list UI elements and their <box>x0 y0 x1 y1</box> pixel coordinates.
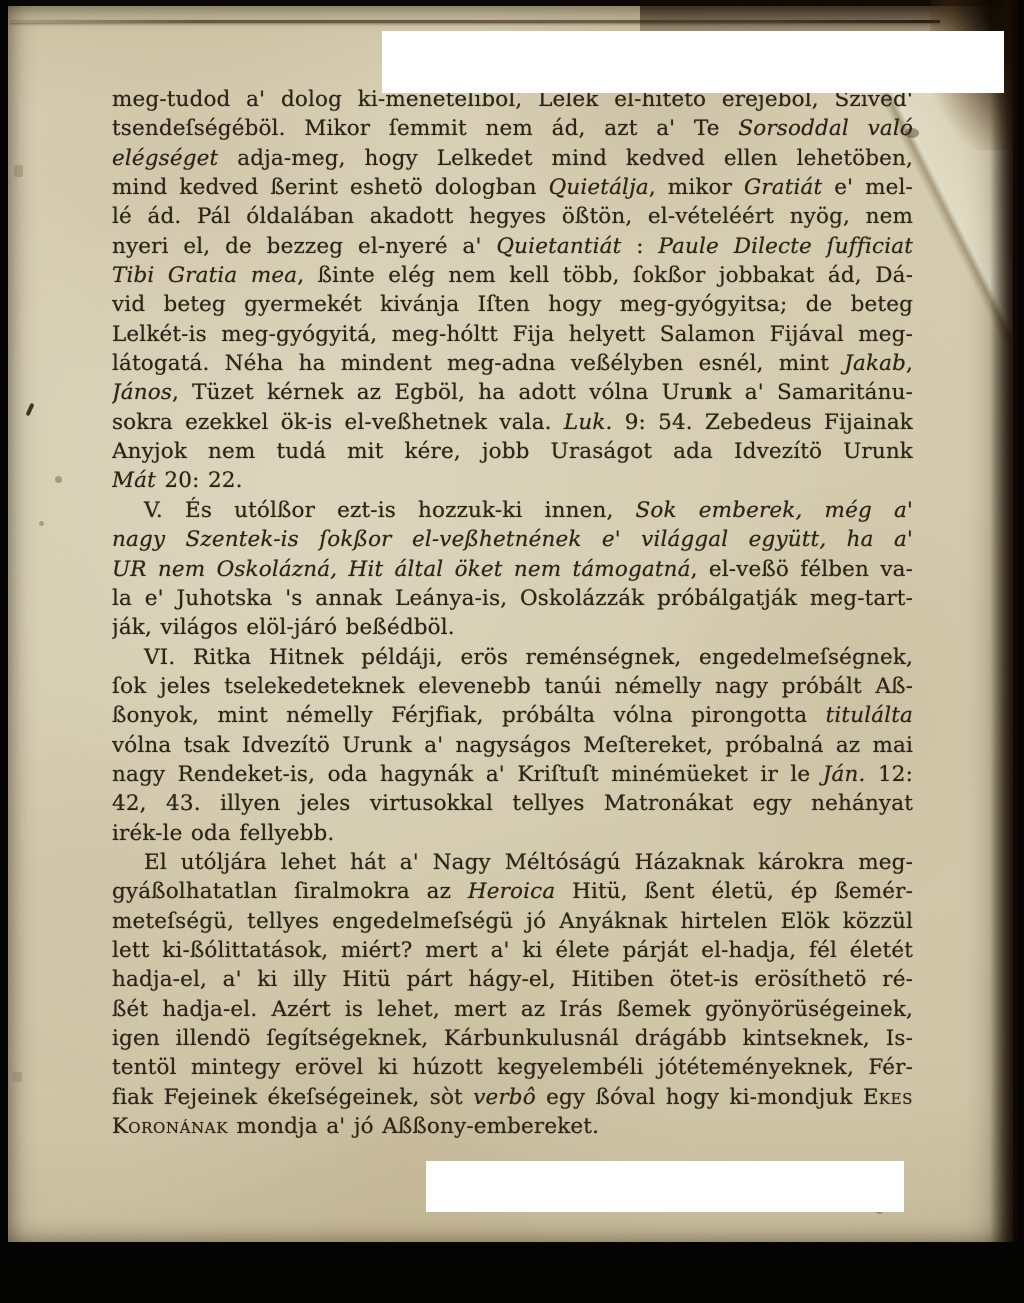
text-line: ßonyok, mint némelly Férjfiak, próbálta … <box>112 701 913 730</box>
text-segment: ßonyok, mint némelly Férjfiak, próbálta … <box>112 703 826 728</box>
text-line: Koronának mondja a' jó Aßßony-embereket. <box>112 1112 913 1141</box>
text-segment: nagy Szentek-is ſokßor el-veßhetnének e'… <box>112 527 913 554</box>
redaction-box-top <box>382 31 1004 93</box>
text-segment: gyáßolhatatlan ſiralmokra az <box>112 879 468 904</box>
text-line: irék-le oda fellyebb. <box>112 819 913 848</box>
text-line: látogatá. Néha ha mindent meg-adna veßél… <box>112 349 913 378</box>
text-segment: titulálta <box>826 703 913 728</box>
text-segment: V. És utólßor ezt-is hozzuk-ki innen, <box>144 498 636 523</box>
text-segment: János <box>112 380 172 405</box>
scanned-book-page: meg-tudod a' dolog ki-meneteliböl, Lélek… <box>0 0 1024 1303</box>
text-segment: , <box>906 351 913 376</box>
text-segment: igen illendö ſegítségeknek, Kárbunkulusn… <box>112 1026 913 1051</box>
redaction-box-bottom <box>426 1161 904 1212</box>
text-line: ßét hadja-el. Azért is lehet, mert az Ir… <box>112 995 913 1024</box>
text-segment: nyeri el, de bezzeg el-nyeré a' <box>112 234 496 259</box>
text-segment: , mikor <box>649 175 744 200</box>
text-line: lett ki-ßólittatások, miért? mert a' ki … <box>112 936 913 965</box>
text-line: la e' Juhotska 's annak Leánya-is, Oskol… <box>112 584 913 613</box>
text-segment: Anyjok nem tudá mit kére, jobb Uraságot … <box>112 439 913 464</box>
text-segment: Sorsoddal való <box>738 116 913 141</box>
text-segment: Heroica <box>468 879 555 904</box>
text-segment: K <box>112 1114 128 1139</box>
text-segment: kes <box>879 1085 913 1110</box>
text-segment: VI. Ritka Hitnek példáji, erös reménségn… <box>144 645 913 670</box>
text-segment: tentöl mintegy erövel ki húzott kegyelem… <box>112 1055 913 1080</box>
text-segment: mondja a' jó Aßßony-embereket. <box>228 1114 599 1139</box>
text-segment: la e' Juhotska 's annak Leánya-is, Oskol… <box>112 586 913 611</box>
text-segment: Quietantiát <box>496 234 621 259</box>
text-segment: nagy Rendeket-is, oda hagynák a' Kriſtuſ… <box>112 762 823 787</box>
text-segment: 42, 43. illyen jeles virtusokkal tellyes… <box>112 791 913 816</box>
text-line: VI. Ritka Hitnek példáji, erös reménségn… <box>112 643 913 672</box>
text-line: nyeri el, de bezzeg el-nyeré a' Quietant… <box>112 232 913 261</box>
text-line: vólna tsak Idvezítö Urunk a' nagyságos M… <box>112 731 913 760</box>
bottom-scan-border <box>0 1242 1024 1303</box>
text-line: ják, világos elöl-járó beßédböl. <box>112 613 913 642</box>
text-line: 42, 43. illyen jeles virtusokkal tellyes… <box>112 789 913 818</box>
text-line: ſok jeles tselekedeteknek elevenebb tanú… <box>112 672 913 701</box>
text-segment: hadja-el, a' ki illy Hitü párt hágy-el, … <box>112 967 913 992</box>
text-segment: Hitü, ßent életü, ép ßemér- <box>555 879 913 904</box>
text-segment: , Tüzet kérnek az Egböl, ha adott vólna … <box>172 380 913 405</box>
text-segment: oronának <box>128 1114 228 1139</box>
text-line: nagy Rendeket-is, oda hagynák a' Kriſtuſ… <box>112 760 913 789</box>
text-segment: 9: 54. Zebedeus Fijainak <box>612 410 913 435</box>
text-segment: Paule Dilecte ſufficiat <box>658 234 913 259</box>
text-segment: verbô <box>473 1085 536 1110</box>
text-line: V. És utólßor ezt-is hozzuk-ki innen, So… <box>112 496 913 525</box>
text-line: mind kedved ßerint eshetö dologban Quiet… <box>112 173 913 202</box>
text-segment: e' mel- <box>822 175 913 200</box>
text-segment: sokra ezekkel ök-is el-veßhetnek vala. <box>112 410 564 435</box>
right-page-edge-shadow <box>990 0 1024 1303</box>
text-line: sokra ezekkel ök-is el-veßhetnek vala. L… <box>112 408 913 437</box>
text-segment: elégséget <box>112 146 218 171</box>
text-line: igen illendö ſegítségeknek, Kárbunkulusn… <box>112 1024 913 1053</box>
text-segment: lé ád. Pál óldalában akadott hegyes ößtö… <box>112 204 913 229</box>
text-segment: Quietálja <box>549 175 649 200</box>
text-segment: , ßinte elég nem kell több, ſokßor jobba… <box>297 263 913 288</box>
text-segment: : <box>621 234 658 259</box>
text-line: El utóljára lehet hát a' Nagy Méltóságú … <box>112 848 913 877</box>
text-segment: mind kedved ßerint eshetö dologban <box>112 175 549 200</box>
text-line: Mát 20: 22. <box>112 466 913 495</box>
text-segment: Lelkét-is meg-gyógyitá, meg-hóltt Fija h… <box>112 322 913 347</box>
left-scan-border <box>0 0 8 1303</box>
text-line: elégséget adja-meg, hogy Lelkedet mind k… <box>112 144 913 173</box>
text-line: meteſségü, tellyes engedelmeſségü jó Any… <box>112 907 913 936</box>
text-segment: meteſségü, tellyes engedelmeſségü jó Any… <box>112 909 913 934</box>
text-segment: fiak Fejeinek ékeſségeinek, sòt <box>112 1085 473 1110</box>
text-segment: egy ßóval hogy ki-mondjuk E <box>536 1085 879 1110</box>
text-segment: látogatá. Néha ha mindent meg-adna veßél… <box>112 351 844 376</box>
text-line: tsendeſségéböl. Mikor ſemmit nem ád, azt… <box>112 114 913 143</box>
text-segment: Jakab <box>844 351 906 376</box>
text-line: fiak Fejeinek ékeſségeinek, sòt verbô eg… <box>112 1083 913 1112</box>
text-segment: ják, világos elöl-járó beßédböl. <box>112 615 455 640</box>
text-line: Anyjok nem tudá mit kére, jobb Uraságot … <box>112 437 913 466</box>
text-line: tentöl mintegy erövel ki húzott kegyelem… <box>112 1053 913 1082</box>
text-line: UR nem Oskolázná, Hit által öket nem tám… <box>112 555 913 584</box>
text-segment: ſok jeles tselekedeteknek elevenebb tanú… <box>112 674 913 699</box>
text-line: gyáßolhatatlan ſiralmokra az Heroica Hit… <box>112 877 913 906</box>
text-segment: Sok emberek, még a' <box>636 498 913 523</box>
text-segment: tsendeſségéböl. Mikor ſemmit nem ád, azt… <box>112 116 738 141</box>
text-line: Lelkét-is meg-gyógyitá, meg-hóltt Fija h… <box>112 320 913 349</box>
text-segment: ßét hadja-el. Azért is lehet, mert az Ir… <box>112 997 913 1022</box>
text-segment: vid beteg gyermekét kivánja Iſten hogy m… <box>112 292 913 317</box>
text-segment: Luk. <box>564 410 613 435</box>
text-segment: , el-veßö félben va- <box>691 557 913 582</box>
text-segment: Tibi Gratia mea <box>112 263 297 288</box>
text-segment: vólna tsak Idvezítö Urunk a' nagyságos M… <box>112 733 913 758</box>
text-segment: adja-meg, hogy Lelkedet mind kedved elle… <box>218 146 913 171</box>
text-line: Tibi Gratia mea, ßinte elég nem kell töb… <box>112 261 913 290</box>
text-line: vid beteg gyermekét kivánja Iſten hogy m… <box>112 290 913 319</box>
text-segment: Mát <box>112 468 156 493</box>
body-text: meg-tudod a' dolog ki-meneteliböl, Lélek… <box>112 85 913 1141</box>
text-line: nagy Szentek-is ſokßor el-veßhetnének e'… <box>112 525 913 554</box>
text-line: János, Tüzet kérnek az Egböl, ha adott v… <box>112 378 913 407</box>
text-segment: El utóljára lehet hát a' Nagy Méltóságú … <box>144 850 913 875</box>
text-segment: 12: <box>865 762 913 787</box>
text-segment: UR nem Oskolázná, Hit által öket nem tám… <box>112 557 691 582</box>
text-line: lé ád. Pál óldalában akadott hegyes ößtö… <box>112 202 913 231</box>
text-segment: Gratiát <box>744 175 822 200</box>
text-segment: irék-le oda fellyebb. <box>112 821 334 846</box>
text-segment: 20: 22. <box>156 468 243 493</box>
text-line: hadja-el, a' ki illy Hitü párt hágy-el, … <box>112 965 913 994</box>
text-segment: lett ki-ßólittatások, miért? mert a' ki … <box>112 938 913 963</box>
text-segment: Ján. <box>823 762 866 787</box>
